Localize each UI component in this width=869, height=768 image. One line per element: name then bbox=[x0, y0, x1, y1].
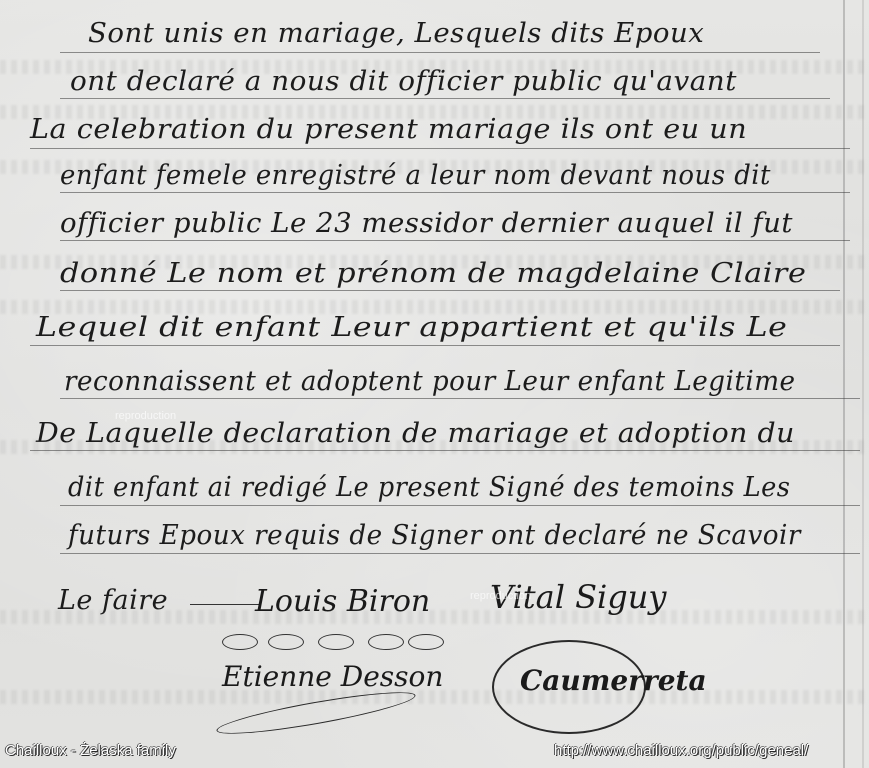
text-line-6: donné Le nom et prénom de magdelaine Cla… bbox=[60, 258, 806, 289]
ruling-line bbox=[30, 450, 860, 451]
ruling-line bbox=[30, 148, 850, 149]
text-line-12: Le faire bbox=[58, 585, 168, 616]
signature-flourish bbox=[222, 632, 442, 654]
text-line-4: enfant femele enregistré a leur nom deva… bbox=[60, 160, 771, 191]
ruling-line bbox=[60, 553, 860, 554]
ruling-line bbox=[60, 398, 860, 399]
document-scan: Sont unis en mariage, Lesquels dits Epou… bbox=[0, 0, 869, 768]
ruling-line bbox=[60, 52, 820, 53]
watermark: reproduction bbox=[115, 410, 176, 422]
text-line-10: dit enfant ai redigé Le present Signé de… bbox=[68, 472, 790, 503]
ruling-line bbox=[60, 240, 850, 241]
ruling-line bbox=[60, 192, 850, 193]
page-edge bbox=[843, 0, 845, 768]
text-line-2: ont declaré a nous dit officier public q… bbox=[70, 66, 737, 97]
ruling-line bbox=[60, 98, 830, 99]
text-line-3: La celebration du present mariage ils on… bbox=[30, 114, 747, 145]
footer-url-label: http://www.chailloux.org/public/geneal/ bbox=[554, 742, 808, 759]
ruling-line bbox=[60, 505, 860, 506]
text-line-11: futurs Epoux requis de Signer ont declar… bbox=[68, 520, 801, 551]
signature-louis-biron: Louis Biron bbox=[255, 584, 430, 619]
ruling-line bbox=[60, 290, 840, 291]
text-line-7: Lequel dit enfant Leur appartient et qu'… bbox=[36, 312, 787, 343]
signature-caumerreta: Caumerreta bbox=[520, 664, 707, 697]
signature-dash bbox=[190, 604, 260, 605]
footer-family-label: Chailloux - Żelaska family bbox=[5, 742, 176, 759]
text-line-8: reconnaissent et adoptent pour Leur enfa… bbox=[64, 366, 796, 397]
text-line-9: De Laquelle declaration de mariage et ad… bbox=[36, 418, 795, 449]
watermark: reproduction bbox=[470, 590, 531, 602]
signature-etienne-desson: Etienne Desson bbox=[222, 660, 443, 693]
page-edge bbox=[862, 0, 864, 768]
ruling-line bbox=[30, 345, 840, 346]
text-line-5: officier public Le 23 messidor dernier a… bbox=[60, 208, 793, 239]
text-line-1: Sont unis en mariage, Lesquels dits Epou… bbox=[88, 18, 704, 49]
